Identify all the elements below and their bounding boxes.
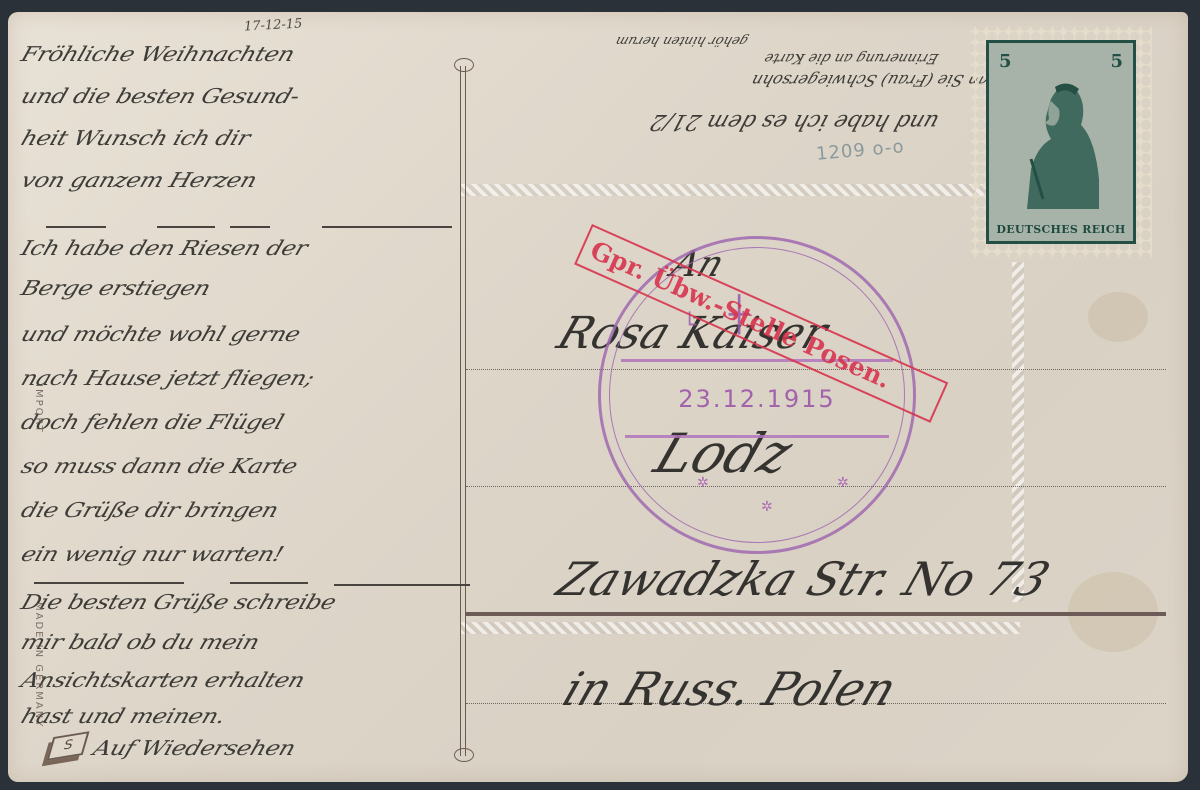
message-line: Ansichtskarten erhalten: [18, 668, 308, 692]
message-date: 17-12-15: [244, 16, 303, 34]
embossed-border: [460, 184, 1020, 196]
message-line: nach Hause jetzt fliegen;: [18, 366, 317, 390]
message-line: hast und meinen.: [18, 704, 228, 728]
stain: [1088, 292, 1148, 342]
underline: [34, 582, 184, 584]
embossed-border: [1012, 262, 1024, 602]
inverted-line: und habe ich es dem 21/2: [647, 109, 942, 134]
address-line-emphasis: [466, 612, 1166, 616]
star-icon: ✲: [761, 499, 773, 515]
stamp-value-left: 5: [999, 51, 1012, 72]
divider-curl-top: [454, 58, 474, 72]
underline: [46, 226, 106, 228]
star-icon: ✲: [837, 475, 849, 491]
pencil-catalog-number: 1209 o-o: [815, 136, 905, 165]
message-line: doch fehlen die Flügel: [18, 410, 286, 434]
center-divider: [460, 66, 466, 756]
underline: [334, 584, 470, 586]
imprint-made-in-germany: MADE IN GERMANY: [33, 602, 44, 728]
germania-portrait-icon: [1021, 69, 1105, 209]
message-line: von ganzem Herzen: [18, 168, 260, 192]
stamp-value-right: 5: [1110, 51, 1123, 72]
postage-stamp: 5 5 DEUTSCHES REICH: [986, 40, 1136, 244]
inverted-note: und habe ich es dem 21/2 an Sie (Frau) S…: [478, 26, 998, 136]
message-line: ein wenig nur warten!: [18, 542, 286, 566]
underline: [230, 226, 270, 228]
message-line: und möchte wohl gerne: [18, 322, 303, 346]
address-country: in Russ. Polen: [556, 662, 904, 716]
inverted-line: Erinnerung an die Karte: [762, 50, 940, 66]
inverted-line: gehör hinten herum: [614, 33, 751, 48]
postmark-bar: [625, 435, 889, 438]
message-line: mir bald ob du mein: [18, 630, 262, 654]
message-line: und die besten Gesund-: [18, 84, 302, 108]
publisher-logo: S: [46, 731, 89, 761]
underline: [322, 226, 452, 228]
message-line: Ich habe den Riesen der: [18, 236, 310, 260]
stamp-country: DEUTSCHES REICH: [989, 223, 1133, 236]
message-line: Fröhliche Weihnachten: [18, 42, 297, 66]
message-signoff: Auf Wiedersehen: [90, 736, 298, 760]
star-icon: ✲: [697, 475, 709, 491]
underline: [230, 582, 308, 584]
divider-curl-bottom: [454, 748, 474, 762]
embossed-border: [460, 622, 1020, 634]
message-line: so muss dann die Karte: [18, 454, 300, 478]
message-line: heit Wunsch ich dir: [18, 126, 253, 150]
address-street: Zawadzka Str. No 73: [550, 552, 1057, 606]
underline: [157, 226, 215, 228]
message-line: Die besten Grüße schreibe: [18, 590, 339, 614]
message-line: die Grüße dir bringen: [18, 498, 281, 522]
imprint-import: IMPORT: [33, 384, 44, 434]
message-line: Berge erstiegen: [18, 276, 213, 300]
inverted-line: an Sie (Frau) Schwiegersohn: [749, 71, 991, 90]
